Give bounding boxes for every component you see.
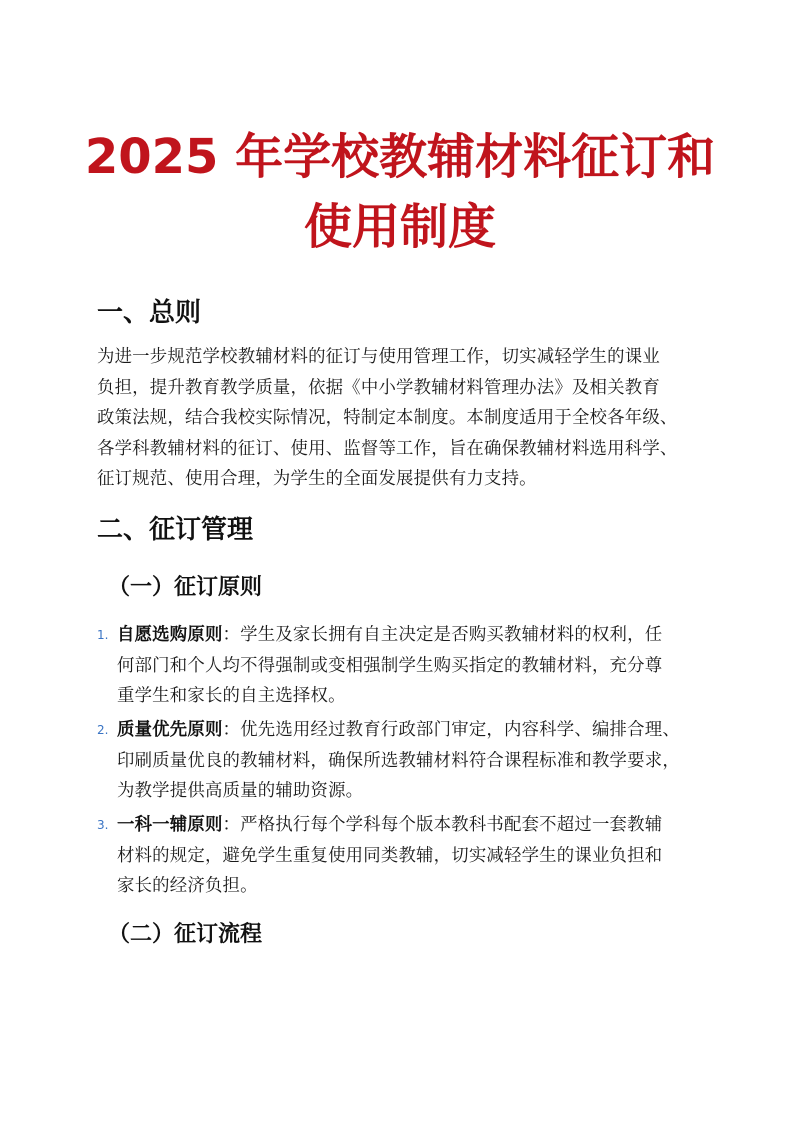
list-item-line: 材料的规定，避免学生重复使用同类教辅，切实减轻学生的课业负担和 <box>117 841 717 872</box>
document-page: 2025 年学校教辅材料征订和 使用制度 一、总则 为进一步规范学校教辅材料的征… <box>0 0 800 1131</box>
list-item-body: 质量优先原则：优先选用经过教育行政部门审定，内容科学、编排合理、 印刷质量优良的… <box>117 715 717 807</box>
list-item-bold-label: 质量优先原则 <box>117 720 223 740</box>
paragraph-line: 征订规范、使用合理，为学生的全面发展提供有力支持。 <box>97 464 717 495</box>
list-item-body: 一科一辅原则：严格执行每个学科每个版本教科书配套不超过一套教辅 材料的规定，避免… <box>117 810 717 902</box>
list-item-line: 重学生和家长的自主选择权。 <box>117 681 717 712</box>
list-item-text: ：严格执行每个学科每个版本教科书配套不超过一套教辅 <box>223 815 663 835</box>
list-item-bold-label: 自愿选购原则 <box>117 625 223 645</box>
paragraph-line: 负担，提升教育教学质量，依据《中小学教辅材料管理办法》及相关教育 <box>97 373 717 404</box>
list-item-first-line: 一科一辅原则：严格执行每个学科每个版本教科书配套不超过一套教辅 <box>117 810 717 841</box>
list-item-line: 为教学提供高质量的辅助资源。 <box>117 776 717 807</box>
list-number: 3. <box>97 818 108 832</box>
section-general-paragraph: 为进一步规范学校教辅材料的征订与使用管理工作，切实减轻学生的课业 负担，提升教育… <box>97 342 717 495</box>
list-item-text: ：优先选用经过教育行政部门审定，内容科学、编排合理、 <box>223 720 680 740</box>
document-title-line-1: 2025 年学校教辅材料征订和 <box>0 133 800 181</box>
paragraph-line: 各学科教辅材料的征订、使用、监督等工作，旨在确保教辅材料选用科学、 <box>97 434 717 465</box>
subsection-heading-ordering-process: （二）征订流程 <box>108 924 262 946</box>
section-heading-general: 一、总则 <box>97 300 201 326</box>
list-item-line: 何部门和个人均不得强制或变相强制学生购买指定的教辅材料，充分尊 <box>117 651 717 682</box>
paragraph-line: 为进一步规范学校教辅材料的征订与使用管理工作，切实减轻学生的课业 <box>97 342 717 373</box>
list-item-body: 自愿选购原则：学生及家长拥有自主决定是否购买教辅材料的权利，任 何部门和个人均不… <box>117 620 717 712</box>
list-number: 1. <box>97 628 108 642</box>
list-item-first-line: 自愿选购原则：学生及家长拥有自主决定是否购买教辅材料的权利，任 <box>117 620 717 651</box>
list-item-first-line: 质量优先原则：优先选用经过教育行政部门审定，内容科学、编排合理、 <box>117 715 717 746</box>
document-title-line-2: 使用制度 <box>0 203 800 251</box>
section-heading-ordering-management: 二、征订管理 <box>97 517 253 543</box>
subsection-heading-ordering-principles: （一）征订原则 <box>108 577 262 599</box>
list-item-line: 印刷质量优良的教辅材料，确保所选教辅材料符合课程标准和教学要求， <box>117 746 717 777</box>
list-item-line: 家长的经济负担。 <box>117 871 717 902</box>
list-item-text: ：学生及家长拥有自主决定是否购买教辅材料的权利，任 <box>223 625 663 645</box>
paragraph-line: 政策法规，结合我校实际情况，特制定本制度。本制度适用于全校各年级、 <box>97 403 717 434</box>
list-number: 2. <box>97 723 108 737</box>
list-item-bold-label: 一科一辅原则 <box>117 815 223 835</box>
